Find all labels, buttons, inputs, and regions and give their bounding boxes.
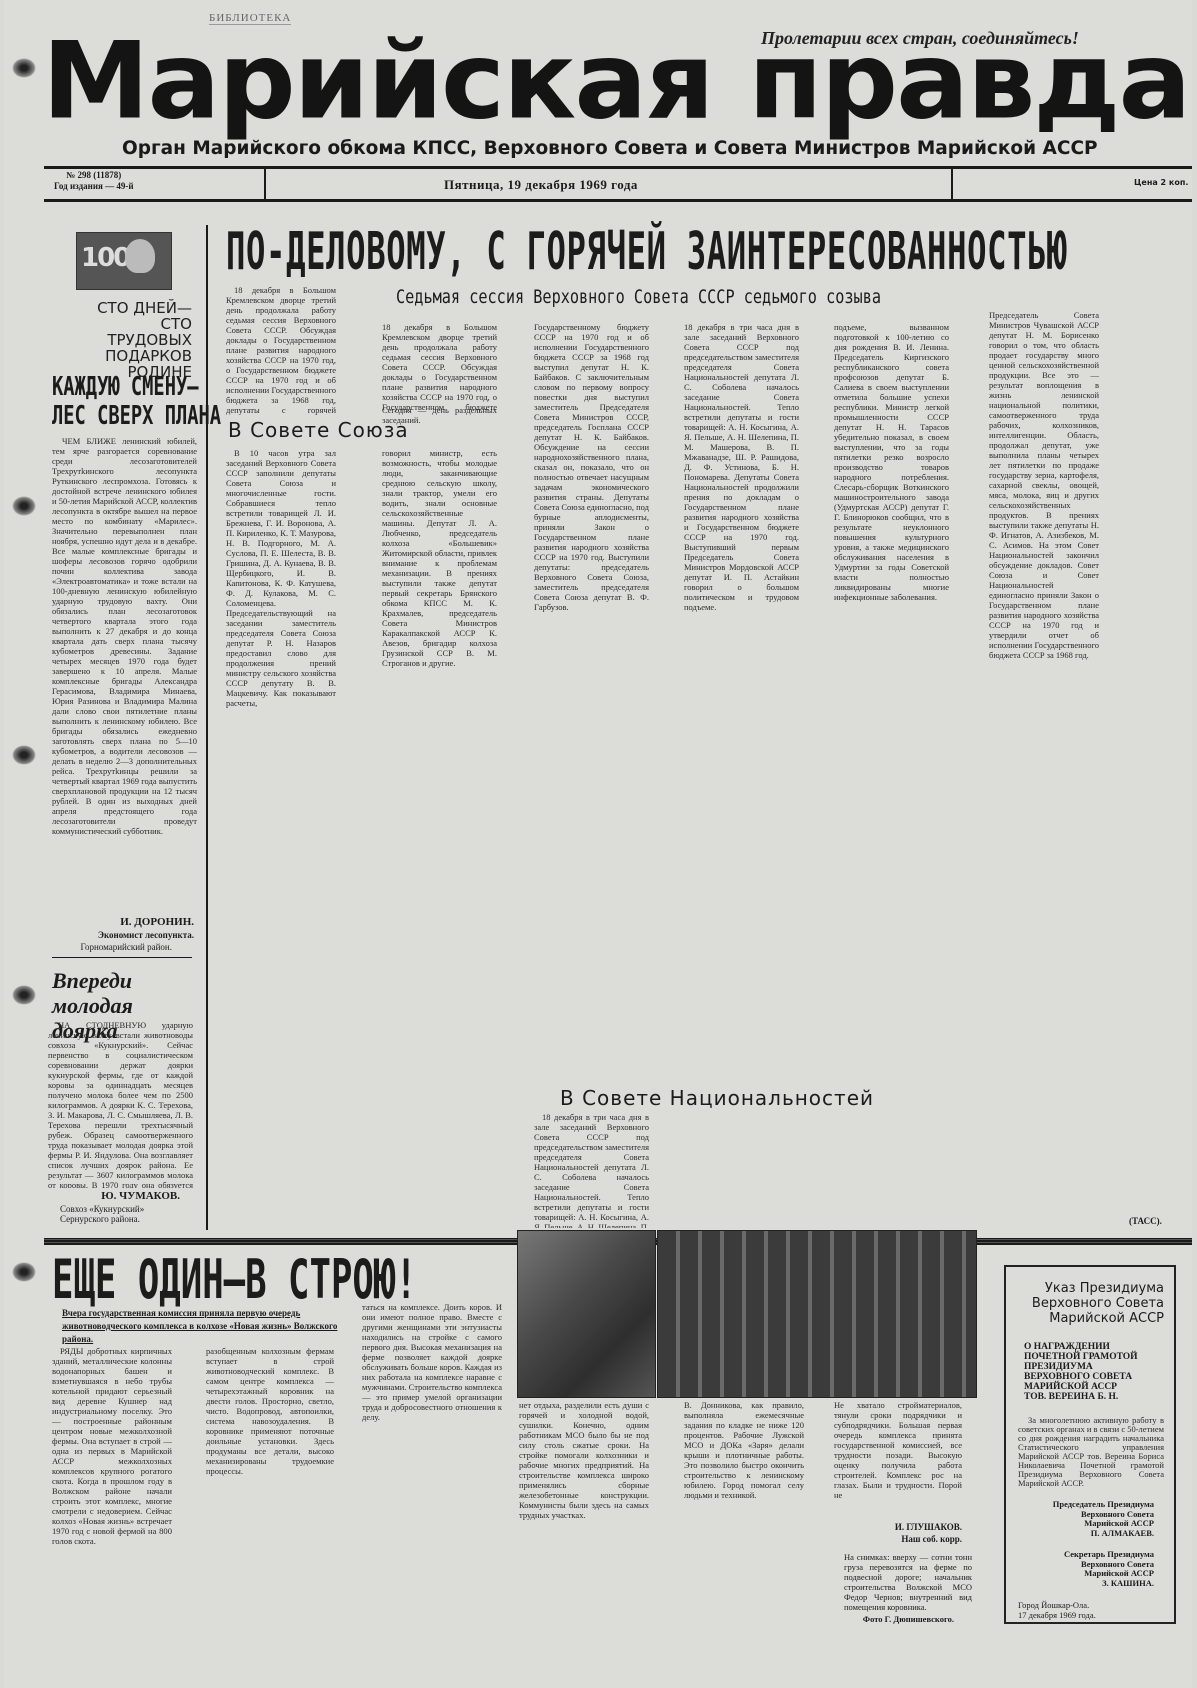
- article-author: И. ГЛУШАКОВ.: [834, 1522, 962, 1532]
- headline-line: ЛЕС СВЕРХ ПЛАНА: [52, 402, 239, 431]
- main-intro: 18 декабря в Большом Кремлевском дворце …: [226, 285, 336, 415]
- main-intro-continued: 18 декабря в Большом Кремлевском дворце …: [382, 322, 497, 412]
- photo-cowshed-interior: [657, 1230, 977, 1398]
- lenin-centenary-emblem: 100: [76, 232, 172, 290]
- decree-subtitle-line: МАРИЙСКОЙ АССР: [1024, 1382, 1174, 1392]
- decree-secretary: Секретарь Президиума Верховного Совета М…: [1006, 1550, 1154, 1588]
- article-body: ЧЕМ БЛИЖЕ ленинский юбилей, тем ярче раз…: [52, 436, 197, 912]
- decree-title: Указ Президиума Верховного Совета Марийс…: [1006, 1281, 1164, 1326]
- article-body: В. Донникова, как правило, выполняла еже…: [684, 1400, 804, 1660]
- article-author: И. ДОРОНИН.: [52, 916, 194, 928]
- separator: [52, 957, 192, 958]
- photo-credit: Фото Г. Дюпишевского.: [844, 1614, 954, 1624]
- article-author: Ю. ЧУМАКОВ.: [52, 1190, 180, 1202]
- decree-place-date: Город Йошкар-Ола. 17 декабря 1969 года.: [1018, 1600, 1174, 1620]
- main-headline: ПО-ДЕЛОВОМУ, С ГОРЯЧЕЙ ЗАИНТЕРЕСОВАННОСТ…: [226, 222, 1156, 282]
- section-title: В Совете Союза: [228, 418, 409, 442]
- decree-subtitle-line: ПРЕЗИДИУМА: [1024, 1362, 1174, 1372]
- decree-body: За многолетнюю активную работу в советск…: [1018, 1416, 1164, 1488]
- section-body: В 10 часов утра зал заседаний Верховного…: [226, 448, 336, 1228]
- section-body: 18 декабря в три часа дня в зале заседан…: [534, 1112, 649, 1228]
- newspaper-title: Марийская правда: [42, 29, 1189, 135]
- slogan-line: ПОДАРКОВ: [74, 348, 192, 364]
- author-place-line: Совхоз «Кукнурский»: [60, 1204, 144, 1214]
- author-place-line: Сернурского района.: [60, 1214, 144, 1224]
- photo-worker-portrait: [517, 1230, 656, 1398]
- main-subheadline: Седьмая сессия Верховного Совета СССР се…: [396, 286, 881, 308]
- decree-title-line: Указ Президиума: [1006, 1281, 1164, 1296]
- decree-subtitle-line: О НАГРАЖДЕНИИ: [1024, 1342, 1174, 1352]
- bottom-lede: Вчера государственная комиссия приняла п…: [62, 1307, 352, 1346]
- article-body: РЯДЫ добротных кирпичных зданий, металли…: [52, 1346, 172, 1676]
- decree-subtitle-line: ПОЧЕТНОЙ ГРАМОТОЙ: [1024, 1352, 1174, 1362]
- author-title: Экономист лесопункта.: [52, 930, 194, 940]
- author-place: Горномарийский район.: [52, 942, 172, 952]
- photo-caption: На снимках: вверху — сотни тонн груза пе…: [844, 1552, 972, 1612]
- article-body: НА СТОДНЕВНУЮ ударную ленинскую вахту вс…: [48, 1020, 193, 1188]
- decree-subtitle-line: ВЕРХОВНОГО СОВЕТА: [1024, 1372, 1174, 1382]
- centenary-slogan: СТО ДНЕЙ— СТО ТРУДОВЫХ ПОДАРКОВ РОДИНЕ: [74, 300, 192, 380]
- slogan-line: СТО ДНЕЙ—: [74, 300, 192, 316]
- issue-date: Пятница, 19 декабря 1969 года: [444, 177, 638, 193]
- lenin-portrait-icon: [125, 239, 155, 273]
- article-body: Не хватало стройматериалов, тянули сроки…: [834, 1400, 962, 1520]
- author-title: Наш соб. корр.: [834, 1534, 962, 1544]
- headline-line: Впереди: [52, 968, 202, 993]
- issue-number-text: № 298 (11878): [54, 170, 134, 181]
- binder-hole-icon: [12, 1262, 36, 1282]
- author-place: Совхоз «Кукнурский» Сернурского района.: [60, 1204, 144, 1224]
- article-body: нет отдыха, разделили есть души с горяче…: [519, 1400, 649, 1670]
- issue-number: № 298 (11878) Год издания — 49-й: [54, 170, 134, 192]
- article-body: таться на комплексе. Доить коров. И они …: [362, 1302, 502, 1677]
- article-body: разобщенным колхозным фермам вступает в …: [206, 1346, 334, 1676]
- binder-hole-icon: [12, 496, 36, 516]
- centenary-number: 100: [81, 243, 129, 273]
- slogan-line: СТО ТРУДОВЫХ: [74, 316, 192, 348]
- news-source: (ТАСС).: [1129, 1216, 1162, 1226]
- section-body: подъеме, вызванном подготовкой к 100-лет…: [834, 322, 949, 1228]
- decree-subtitle-line: ТОВ. ВЕРЕИНА Б. Н.: [1024, 1392, 1174, 1402]
- binder-hole-icon: [12, 745, 36, 765]
- headline-line: КАЖДУЮ СМЕНУ—: [52, 373, 239, 402]
- newspaper-page: БИБЛИОТЕКА Пролетарии всех стран, соедин…: [4, 0, 1192, 1688]
- article-headline: КАЖДУЮ СМЕНУ— ЛЕС СВЕРХ ПЛАНА: [52, 373, 239, 431]
- presidium-decree: Указ Президиума Верховного Совета Марийс…: [1004, 1265, 1176, 1624]
- decree-place: Город Йошкар-Ола.: [1018, 1600, 1174, 1610]
- section-body: говорил министр, есть возможность, чтобы…: [382, 448, 497, 1228]
- binder-hole-icon: [12, 985, 36, 1005]
- newspaper-organ-line: Орган Марийского обкома КПСС, Верховного…: [122, 138, 1098, 159]
- decree-title-line: Марийской АССР: [1006, 1311, 1164, 1326]
- signature-line: П. АЛМАКАЕВ.: [1006, 1529, 1154, 1539]
- divider: [264, 166, 266, 202]
- decree-subtitle: О НАГРАЖДЕНИИ ПОЧЕТНОЙ ГРАМОТОЙ ПРЕЗИДИУ…: [1024, 1342, 1174, 1402]
- year-of-publication: Год издания — 49-й: [54, 181, 134, 192]
- section-body: 18 декабря в три часа дня в зале заседан…: [684, 322, 799, 1228]
- divider: [951, 166, 953, 202]
- section-body: Председатель Совета Министров Чувашской …: [989, 310, 1099, 1210]
- decree-chairman: Председатель Президиума Верховного Совет…: [1006, 1500, 1154, 1538]
- issue-price: Цена 2 коп.: [1134, 178, 1188, 187]
- binder-hole-icon: [12, 58, 36, 78]
- decree-title-line: Верховного Совета: [1006, 1296, 1164, 1311]
- section-body: Государственному бюджету СССР на 1970 го…: [534, 322, 649, 1062]
- decree-date: 17 декабря 1969 года.: [1018, 1610, 1174, 1620]
- signature-line: З. КАШИНА.: [1006, 1579, 1154, 1589]
